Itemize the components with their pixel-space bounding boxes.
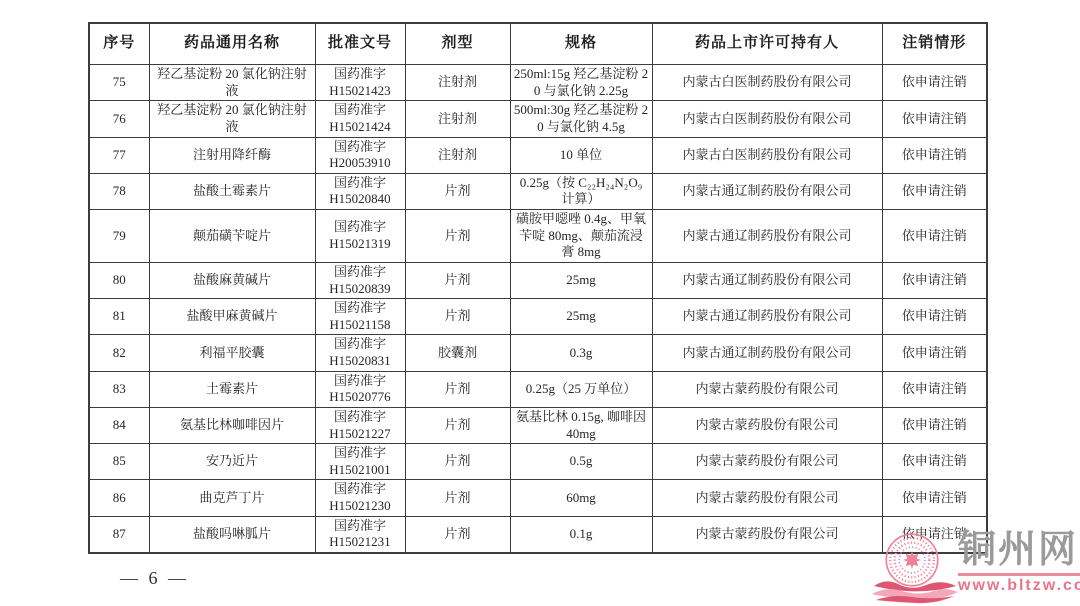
holder-cell: 内蒙古蒙药股份有限公司 [652,480,882,516]
approval-no-cell: 国药准字H15021227 [315,407,405,443]
spec-cell: 0.1g [510,516,652,553]
status-cell: 依申请注销 [882,407,987,443]
dosage-form-cell: 胶囊剂 [405,335,510,371]
dosage-form-cell: 片剂 [405,262,510,298]
status-cell: 依申请注销 [882,444,987,480]
dosage-form-cell: 片剂 [405,516,510,553]
drug-name-cell: 羟乙基淀粉 20 氯化钠注射液 [149,101,315,137]
status-cell: 依申请注销 [882,65,987,101]
seq-cell: 81 [89,299,149,335]
drug-name-cell: 安乃近片 [149,444,315,480]
table-row: 81盐酸甲麻黄碱片国药准字H15021158片剂25mg内蒙古通辽制药股份有限公… [89,299,987,335]
holder-cell: 内蒙古通辽制药股份有限公司 [652,210,882,263]
approval-number: H15020840 [319,191,402,208]
holder-cell: 内蒙古蒙药股份有限公司 [652,407,882,443]
site-url: www.bltzw.com [958,573,1080,595]
drug-name-cell: 曲克芦丁片 [149,480,315,516]
seq-cell: 84 [89,407,149,443]
page-number: — 6 — [120,568,189,589]
table-row: 82利福平胶囊国药准字H15020831胶囊剂0.3g内蒙古通辽制药股份有限公司… [89,335,987,371]
spec-cell: 0.25g（按 C₂₂H₂₄N₂O₉ 计算） [510,173,652,209]
dosage-form-cell: 注射剂 [405,101,510,137]
table-row: 76羟乙基淀粉 20 氯化钠注射液国药准字H15021424注射剂500ml:3… [89,101,987,137]
seq-cell: 83 [89,371,149,407]
dosage-form-cell: 片剂 [405,210,510,263]
status-cell: 依申请注销 [882,101,987,137]
header-cell-spec: 规格 [510,23,652,65]
approval-prefix: 国药准字 [319,66,402,83]
holder-cell: 内蒙古通辽制药股份有限公司 [652,299,882,335]
approval-prefix: 国药准字 [319,175,402,192]
approval-no-cell: 国药准字H15021231 [315,516,405,553]
holder-cell: 内蒙古白医制药股份有限公司 [652,65,882,101]
site-watermark: 铜州网 www.bltzw.com [872,530,1080,604]
holder-cell: 内蒙古蒙药股份有限公司 [652,371,882,407]
approval-no-cell: 国药准字H15021158 [315,299,405,335]
table-row: 75羟乙基淀粉 20 氯化钠注射液国药准字H15021423注射剂250ml:1… [89,65,987,101]
header-cell-holder: 药品上市许可持有人 [652,23,882,65]
site-name: 铜州网 [958,530,1080,572]
approval-number: H15021230 [319,498,402,515]
approval-prefix: 国药准字 [319,518,402,535]
holder-cell: 内蒙古通辽制药股份有限公司 [652,335,882,371]
table-row: 86曲克芦丁片国药准字H15021230片剂60mg内蒙古蒙药股份有限公司依申请… [89,480,987,516]
dosage-form-cell: 片剂 [405,299,510,335]
seq-cell: 87 [89,516,149,553]
approval-number: H15021158 [319,317,402,334]
approval-prefix: 国药准字 [319,336,402,353]
table-row: 87盐酸吗啉胍片国药准字H15021231片剂0.1g内蒙古蒙药股份有限公司依申… [89,516,987,553]
dosage-form-cell: 片剂 [405,444,510,480]
header-cell-dosage-form: 剂型 [405,23,510,65]
spec-cell: 500ml:30g 羟乙基淀粉 20 与氯化钠 4.5g [510,101,652,137]
table-row: 77注射用降纤酶国药准字H20053910注射剂10 单位内蒙古白医制药股份有限… [89,137,987,173]
status-cell: 依申请注销 [882,480,987,516]
table-body: 75羟乙基淀粉 20 氯化钠注射液国药准字H15021423注射剂250ml:1… [89,65,987,553]
approval-prefix: 国药准字 [319,264,402,281]
spec-cell: 氨基比林 0.15g, 咖啡因 40mg [510,407,652,443]
seq-cell: 82 [89,335,149,371]
approval-no-cell: 国药准字H15021424 [315,101,405,137]
table-header-row: 序号 药品通用名称 批准文号 剂型 规格 药品上市许可持有人 注销情形 [89,23,987,65]
seq-cell: 78 [89,173,149,209]
dosage-form-cell: 片剂 [405,173,510,209]
approval-prefix: 国药准字 [319,219,402,236]
spec-cell: 0.5g [510,444,652,480]
approval-prefix: 国药准字 [319,300,402,317]
seq-cell: 77 [89,137,149,173]
approval-no-cell: 国药准字H15021423 [315,65,405,101]
dosage-form-cell: 片剂 [405,407,510,443]
status-cell: 依申请注销 [882,210,987,263]
holder-cell: 内蒙古白医制药股份有限公司 [652,137,882,173]
holder-cell: 内蒙古蒙药股份有限公司 [652,516,882,553]
dosage-form-cell: 注射剂 [405,137,510,173]
drug-name-cell: 盐酸甲麻黄碱片 [149,299,315,335]
table-row: 78盐酸土霉素片国药准字H15020840片剂0.25g（按 C₂₂H₂₄N₂O… [89,173,987,209]
approval-no-cell: 国药准字H15020840 [315,173,405,209]
spec-cell: 25mg [510,299,652,335]
spec-cell: 25mg [510,262,652,298]
approval-number: H15021424 [319,119,402,136]
approval-number: H15020839 [319,281,402,298]
approval-number: H15021319 [319,236,402,253]
table-row: 84氨基比林咖啡因片国药准字H15021227片剂氨基比林 0.15g, 咖啡因… [89,407,987,443]
spec-cell: 10 单位 [510,137,652,173]
status-cell: 依申请注销 [882,335,987,371]
seq-cell: 85 [89,444,149,480]
approval-prefix: 国药准字 [319,481,402,498]
approval-number: H15021001 [319,462,402,479]
watermark-text: 铜州网 www.bltzw.com [958,530,1080,595]
holder-cell: 内蒙古通辽制药股份有限公司 [652,173,882,209]
drug-name-cell: 盐酸吗啉胍片 [149,516,315,553]
header-cell-drug-name: 药品通用名称 [149,23,315,65]
spec-cell: 0.3g [510,335,652,371]
watermark-logo [872,530,958,604]
approval-prefix: 国药准字 [319,373,402,390]
drug-name-cell: 颠茄磺苄啶片 [149,210,315,263]
approval-number: H15021423 [319,83,402,100]
table-row: 83土霉素片国药准字H15020776片剂0.25g（25 万单位）内蒙古蒙药股… [89,371,987,407]
seq-cell: 76 [89,101,149,137]
spec-cell: 250ml:15g 羟乙基淀粉 20 与氯化钠 2.25g [510,65,652,101]
drug-name-cell: 土霉素片 [149,371,315,407]
holder-cell: 内蒙古蒙药股份有限公司 [652,444,882,480]
approval-no-cell: 国药准字H15021319 [315,210,405,263]
approval-prefix: 国药准字 [319,409,402,426]
approval-no-cell: 国药准字H15020776 [315,371,405,407]
drug-name-cell: 注射用降纤酶 [149,137,315,173]
approval-prefix: 国药准字 [319,102,402,119]
header-cell-status: 注销情形 [882,23,987,65]
approval-prefix: 国药准字 [319,139,402,156]
header-cell-seq: 序号 [89,23,149,65]
approval-number: H15021231 [319,534,402,551]
spec-cell: 磺胺甲噁唑 0.4g、甲氧苄啶 80mg、颠茄流浸膏 8mg [510,210,652,263]
status-cell: 依申请注销 [882,299,987,335]
drug-name-cell: 盐酸麻黄碱片 [149,262,315,298]
status-cell: 依申请注销 [882,137,987,173]
holder-cell: 内蒙古白医制药股份有限公司 [652,101,882,137]
spec-cell: 60mg [510,480,652,516]
table-row: 80盐酸麻黄碱片国药准字H15020839片剂25mg内蒙古通辽制药股份有限公司… [89,262,987,298]
seq-cell: 75 [89,65,149,101]
approval-no-cell: 国药准字H15021230 [315,480,405,516]
approval-number: H20053910 [319,155,402,172]
approval-prefix: 国药准字 [319,445,402,462]
table-row: 79颠茄磺苄啶片国药准字H15021319片剂磺胺甲噁唑 0.4g、甲氧苄啶 8… [89,210,987,263]
dosage-form-cell: 注射剂 [405,65,510,101]
seq-cell: 80 [89,262,149,298]
status-cell: 依申请注销 [882,173,987,209]
header-cell-approval-no: 批准文号 [315,23,405,65]
approval-number: H15020831 [319,353,402,370]
holder-cell: 内蒙古通辽制药股份有限公司 [652,262,882,298]
dosage-form-cell: 片剂 [405,371,510,407]
drug-deregistration-table: 序号 药品通用名称 批准文号 剂型 规格 药品上市许可持有人 注销情形 75羟乙… [88,22,988,554]
drug-name-cell: 羟乙基淀粉 20 氯化钠注射液 [149,65,315,101]
approval-no-cell: 国药准字H15021001 [315,444,405,480]
drug-name-cell: 盐酸土霉素片 [149,173,315,209]
approval-number: H15021227 [319,426,402,443]
drug-name-cell: 氨基比林咖啡因片 [149,407,315,443]
approval-no-cell: 国药准字H15020839 [315,262,405,298]
approval-number: H15020776 [319,389,402,406]
status-cell: 依申请注销 [882,262,987,298]
approval-no-cell: 国药准字H15020831 [315,335,405,371]
spec-cell: 0.25g（25 万单位） [510,371,652,407]
seq-cell: 86 [89,480,149,516]
drug-name-cell: 利福平胶囊 [149,335,315,371]
status-cell: 依申请注销 [882,371,987,407]
dosage-form-cell: 片剂 [405,480,510,516]
seq-cell: 79 [89,210,149,263]
table-row: 85安乃近片国药准字H15021001片剂0.5g内蒙古蒙药股份有限公司依申请注… [89,444,987,480]
wave-icon [872,578,958,604]
approval-no-cell: 国药准字H20053910 [315,137,405,173]
